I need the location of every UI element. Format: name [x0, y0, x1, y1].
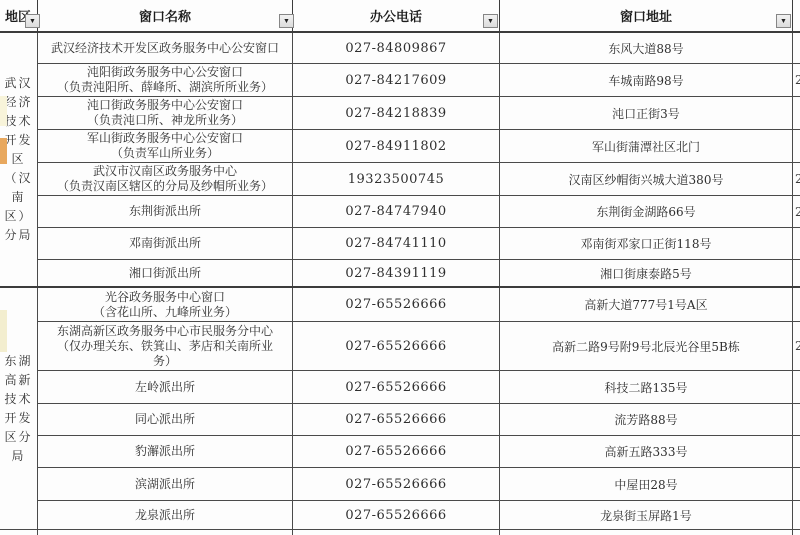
address-cell: 汉南区纱帽街兴城大道380号: [500, 163, 793, 195]
name-line: 沌口街政务服务中心公安窗口: [87, 98, 243, 113]
table-section: 东湖高新技术开发区分局光谷政务服务中心窗口（含花山所、九峰所业务）027-655…: [0, 288, 800, 530]
name-cell: 沌阳街政务服务中心公安窗口（负责沌阳所、薛峰所、湖滨所所业务）: [38, 64, 293, 96]
filter-dropdown-icon-window-address[interactable]: ▼: [776, 14, 791, 28]
name-line: （仅办理关东、铁箕山、茅店和关南所业: [57, 339, 273, 354]
address-cell: 科技二路135号: [500, 371, 793, 403]
name-cell: 邓南街派出所: [38, 228, 293, 259]
address-cell: 高新大道777号1号A区: [500, 288, 793, 321]
table-row: 武汉市汉南区政务服务中心（负责汉南区辖区的分局及纱帽所业务）1932350074…: [38, 163, 800, 196]
table-row: 沌阳街政务服务中心公安窗口（负责沌阳所、薛峰所、湖滨所所业务）027-84217…: [38, 64, 800, 97]
edge-cell: [793, 130, 800, 162]
phone-cell: 027-65526666: [293, 371, 500, 403]
edge-cell: [793, 530, 800, 535]
name-cell: 左岭派出所: [38, 371, 293, 403]
edge-cell: [793, 228, 800, 259]
name-line: 滨湖派出所: [135, 477, 195, 492]
name-line: 左岭派出所: [135, 380, 195, 395]
edge-cell: 2: [793, 196, 800, 227]
name-line: （含花山所、九峰所业务）: [93, 305, 237, 320]
name-line: 豹澥派出所: [135, 444, 195, 459]
edge-cell: 2: [793, 322, 800, 370]
name-cell: 东湖高新区政务服务中心市民服务分中心（仅办理关东、铁箕山、茅店和关南所业务）: [38, 322, 293, 370]
table-sheet: 地区 窗口名称 办公电话 窗口地址 ▼ ▼ ▼ ▼ 武汉经济技术开发区（汉南区）…: [0, 0, 800, 535]
name-line: 同心派出所: [135, 412, 195, 427]
edge-cell: [793, 404, 800, 435]
table-row: 东荆街派出所027-84747940东荆街金湖路66号2: [38, 196, 800, 228]
name-line: 武汉市汉南区政务服务中心: [93, 164, 237, 179]
table-row: 豹澥派出所027-65526666高新五路333号: [38, 436, 800, 468]
address-cell: 中屋田28号: [500, 468, 793, 500]
name-cell: 军山街政务服务中心公安窗口（负责军山所业务）: [38, 130, 293, 162]
name-line: 龙泉派出所: [135, 508, 195, 523]
name-cell: 武汉市汉南区政务服务中心（负责汉南区辖区的分局及纱帽所业务）: [38, 163, 293, 195]
header-edge-cut: [793, 0, 800, 31]
phone-cell: 027-84218839: [293, 97, 500, 129]
phone-cell: 19323500745: [293, 163, 500, 195]
name-line: 东湖高新区政务服务中心市民服务分中心: [57, 324, 273, 339]
name-cell: 滨湖派出所: [38, 468, 293, 500]
name-line: （负责军山所业务）: [111, 146, 219, 161]
address-cell: [500, 530, 793, 535]
name-cell: 沌口街政务服务中心公安窗口（负责沌口所、神龙所业务）: [38, 97, 293, 129]
name-line: 光谷政务服务中心窗口: [105, 290, 225, 305]
address-cell: 东荆街金湖路66号: [500, 196, 793, 227]
phone-cell: 027-65526666: [293, 322, 500, 370]
name-line: （负责汉南区辖区的分局及纱帽所业务）: [57, 179, 273, 194]
edge-cell: [793, 288, 800, 321]
edge-cell: [793, 97, 800, 129]
edge-cell: [793, 501, 800, 529]
table-row: 龙泉派出所027-65526666龙泉街玉屏路1号: [38, 501, 800, 529]
table-header-row: 地区 窗口名称 办公电话 窗口地址 ▼ ▼ ▼ ▼: [0, 0, 800, 33]
edge-cell: 2: [793, 163, 800, 195]
phone-cell: 027-84747940: [293, 196, 500, 227]
address-cell: 高新五路333号: [500, 436, 793, 467]
address-cell: 军山街蒲潭社区北门: [500, 130, 793, 162]
name-line: （负责沌阳所、薛峰所、湖滨所所业务）: [57, 80, 273, 95]
name-cell: 东荆街派出所: [38, 196, 293, 227]
phone-cell: 027-84911802: [293, 130, 500, 162]
header-window-address: 窗口地址: [500, 0, 793, 31]
filter-dropdown-icon-window-name[interactable]: ▼: [279, 14, 294, 28]
name-line: 湘口街派出所: [129, 266, 201, 281]
name-cell: 同心派出所: [38, 404, 293, 435]
address-cell: 高新二路9号附9号北辰光谷里5B栋: [500, 322, 793, 370]
section-rows: 武汉经济技术开发区政务服务中心公安窗口027-84809867东风大道88号沌阳…: [38, 33, 800, 286]
section-rows: 光谷政务服务中心窗口（含花山所、九峰所业务）027-65526666高新大道77…: [38, 288, 800, 529]
address-cell: 龙泉街玉屏路1号: [500, 501, 793, 529]
name-cell: [38, 530, 293, 535]
edge-cell: 2: [793, 64, 800, 96]
name-line: 邓南街派出所: [129, 236, 201, 251]
name-line: （负责沌口所、神龙所业务）: [87, 113, 243, 128]
name-cell: 武汉经济技术开发区政务服务中心公安窗口: [38, 33, 293, 63]
name-line: 务）: [153, 354, 177, 369]
page-edge-artifact: [0, 96, 7, 126]
table-row: 湘口街派出所027-84391119湘口街康泰路5号: [38, 260, 800, 286]
table-row: 武汉经济技术开发区政务服务中心公安窗口027-84809867东风大道88号: [38, 33, 800, 64]
table-row: 光谷政务服务中心窗口（含花山所、九峰所业务）027-65526666高新大道77…: [38, 288, 800, 322]
address-cell: 邓南街邓家口正街118号: [500, 228, 793, 259]
region-cell: [0, 530, 38, 535]
edge-cell: [793, 436, 800, 467]
page-edge-artifact: [0, 310, 7, 352]
name-cell: 光谷政务服务中心窗口（含花山所、九峰所业务）: [38, 288, 293, 321]
filter-dropdown-icon-region[interactable]: ▼: [25, 14, 40, 28]
name-line: 沌阳街政务服务中心公安窗口: [87, 65, 243, 80]
header-office-phone: 办公电话: [293, 0, 500, 31]
table-body: 武汉经济技术开发区（汉南区）分局武汉经济技术开发区政务服务中心公安窗口027-8…: [0, 33, 800, 530]
table-row-partial: [0, 530, 800, 535]
table-row: 东湖高新区政务服务中心市民服务分中心（仅办理关东、铁箕山、茅店和关南所业务）02…: [38, 322, 800, 371]
filter-dropdown-icon-office-phone[interactable]: ▼: [483, 14, 498, 28]
table-row: 同心派出所027-65526666流芳路88号: [38, 404, 800, 436]
address-cell: 湘口街康泰路5号: [500, 260, 793, 286]
phone-cell: 027-84391119: [293, 260, 500, 286]
phone-cell: 027-84217609: [293, 64, 500, 96]
name-line: 武汉经济技术开发区政务服务中心公安窗口: [51, 41, 279, 56]
phone-cell: 027-65526666: [293, 404, 500, 435]
table-row: 滨湖派出所027-65526666中屋田28号: [38, 468, 800, 501]
phone-cell: [293, 530, 500, 535]
phone-cell: 027-84809867: [293, 33, 500, 63]
header-window-name: 窗口名称: [38, 0, 293, 31]
edge-cell: [793, 371, 800, 403]
table-section: 武汉经济技术开发区（汉南区）分局武汉经济技术开发区政务服务中心公安窗口027-8…: [0, 33, 800, 288]
address-cell: 东风大道88号: [500, 33, 793, 63]
phone-cell: 027-65526666: [293, 436, 500, 467]
table-row: 左岭派出所027-65526666科技二路135号: [38, 371, 800, 404]
address-cell: 沌口正街3号: [500, 97, 793, 129]
address-cell: 车城南路98号: [500, 64, 793, 96]
name-cell: 龙泉派出所: [38, 501, 293, 529]
phone-cell: 027-65526666: [293, 288, 500, 321]
phone-cell: 027-65526666: [293, 468, 500, 500]
phone-cell: 027-84741110: [293, 228, 500, 259]
name-line: 东荆街派出所: [129, 204, 201, 219]
page-edge-artifact: [0, 138, 7, 164]
name-line: 军山街政务服务中心公安窗口: [87, 131, 243, 146]
edge-cell: [793, 260, 800, 286]
phone-cell: 027-65526666: [293, 501, 500, 529]
name-cell: 湘口街派出所: [38, 260, 293, 286]
edge-cell: [793, 33, 800, 63]
table-row: 邓南街派出所027-84741110邓南街邓家口正街118号: [38, 228, 800, 260]
name-cell: 豹澥派出所: [38, 436, 293, 467]
table-row: 军山街政务服务中心公安窗口（负责军山所业务）027-84911802军山街蒲潭社…: [38, 130, 800, 163]
table-row: 沌口街政务服务中心公安窗口（负责沌口所、神龙所业务）027-84218839沌口…: [38, 97, 800, 130]
address-cell: 流芳路88号: [500, 404, 793, 435]
edge-cell: [793, 468, 800, 500]
